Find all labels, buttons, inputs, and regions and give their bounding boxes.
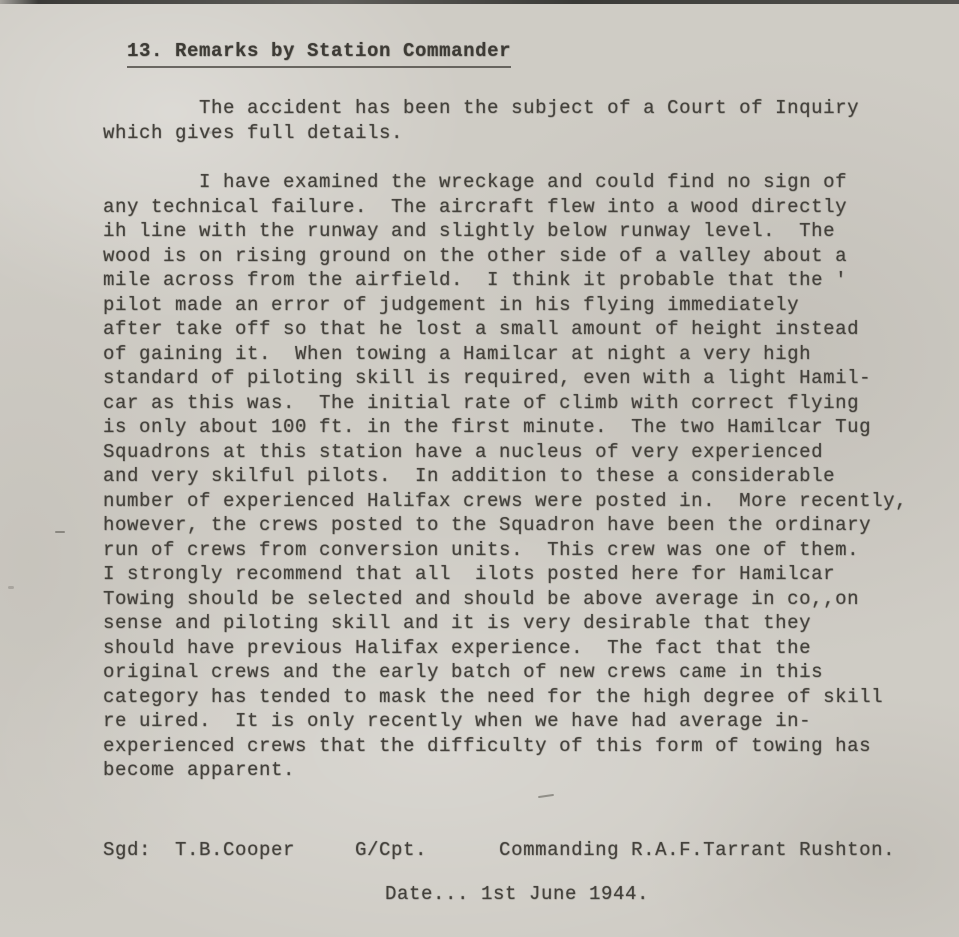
scan-top-edge xyxy=(0,0,959,4)
scan-artifact-mark xyxy=(538,794,554,798)
signature-line: Sgd: T.B.Cooper G/Cpt. Commanding R.A.F.… xyxy=(103,838,959,863)
section-heading-text: 13. Remarks by Station Commander xyxy=(127,39,511,69)
scan-artifact-speck xyxy=(8,586,14,589)
paragraph-examination-remarks: I have examined the wreckage and could f… xyxy=(103,170,959,783)
section-heading: 13. Remarks by Station Commander xyxy=(103,14,511,68)
scan-artifact-speck xyxy=(209,131,212,134)
date-line: Date... 1st June 1944. xyxy=(385,882,649,907)
paragraph-court-of-inquiry: The accident has been the subject of a C… xyxy=(103,96,923,145)
scan-artifact-mark xyxy=(55,531,65,533)
